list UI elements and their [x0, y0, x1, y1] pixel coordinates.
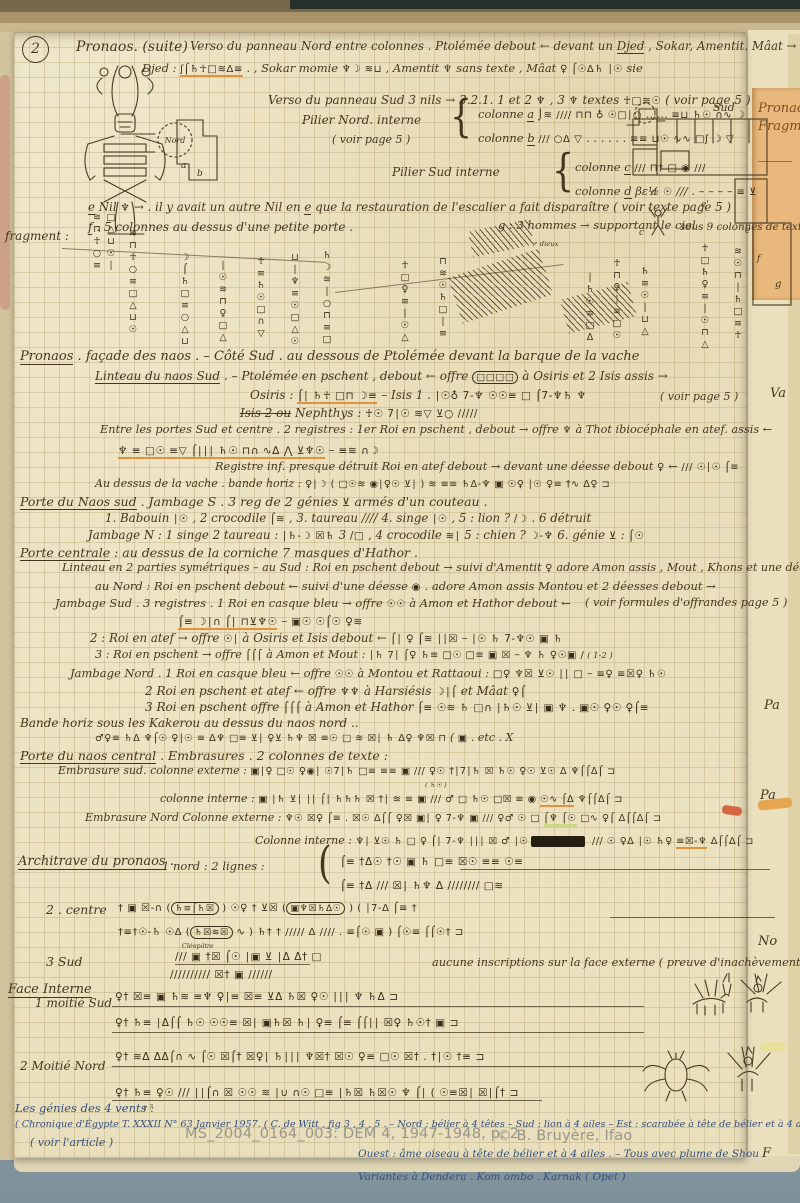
svg-text:b: b [197, 169, 203, 179]
handwritten-text: : au dessus de la corniche 7 masques d'H… [110, 545, 418, 560]
handwritten-text: Pronaos [20, 349, 73, 365]
manuscript-line: ♀† ☒≡ ▣ ♄≋ ≡♆ ♀∣≡ ☒≡ ⊻Δ ♄☒ ♀☉ ∣∣∣ ♆ ♄Δ ⊐ [115, 990, 398, 1004]
handwritten-text: colonne [478, 107, 527, 121]
hieroglyph-run: ♀† ♄≡ ♀☉ /// ∣∣⌠∩ ☒ ☉☉ ≋ ∣∪ ∩☉ □≡ ∣♄☒ ♄☒… [115, 1087, 519, 1099]
hieroglyph-run: ♀ [657, 462, 665, 473]
hieroglyph-run: ≡⊔ ♄☉ ∩∿ ☽ [671, 110, 745, 121]
hieroglyph-run: ⊻ [609, 530, 617, 542]
handwritten-text: – [458, 631, 471, 645]
manuscript-line: 3 Sud [46, 955, 83, 969]
hieroglyph-run: □∿ ♀⌠ Δ⌠⌠Δ⌠ ⊐ [577, 813, 662, 824]
hieroglyph-run: ▣∣♀ □☉ ♀◉∣ ☉7∣♄ □≡ ≡≡ ▣ /// ♀☉ †∣7∣♄ ☒ ♄… [250, 766, 615, 777]
handwritten-text: armés d'un couteau . [351, 494, 488, 509]
hieroglyph-run: ∣♄ 7∣ ⌠♀ ♄≡ □☉ □≡ ▣ ☒ [369, 650, 511, 661]
manuscript-line: Entre les portes Sud et centre . 2 regis… [100, 424, 772, 437]
hieroglyph-run: ⌠☉ [628, 530, 644, 542]
hieroglyph-run: ⌠≡ †Δ /// ☒∣ ♄♆ Δ //////// □≋ [340, 880, 504, 892]
handwritten-text: Linteau du naos Sud [95, 369, 220, 384]
handwritten-text: ( voir page 5 ) [660, 390, 738, 403]
hieroglyph-run: ⌠≋ [270, 513, 285, 525]
handwritten-text: Nephthys : [291, 406, 365, 420]
manuscript-line: ////////// ☒† ▣ ////// [170, 968, 273, 982]
handwritten-text: ( 1-2 ) [584, 650, 612, 660]
hieroglyph-run: ♀ ⌠☉Δ♄ ∣☉ [560, 64, 623, 75]
hieroglyph-run: ////////// ☒† ▣ ////// [170, 969, 273, 981]
inscription-rule [112, 1100, 542, 1101]
hieroglyph-run: ) ( ∣7-Δ ⌠≡ † [345, 903, 417, 914]
hieroglyph-run: ♆♆ [340, 686, 360, 698]
hieroglyph-run: ∣☉ [432, 513, 448, 525]
handwritten-text: colonne [575, 184, 624, 198]
hieroglyph-run: ♆ ≡ □☉ ≡▽ ⌠∣∣∣ ♄☉ ⊓∩ ∿Δ ⋀ ⊻♆☉ [118, 445, 325, 459]
handwritten-text: à Harsiésis [360, 684, 435, 698]
manuscript-line: { [552, 158, 574, 188]
handwritten-text: 3 Roi en pschent offre [145, 700, 283, 714]
hieroglyph-column: ☽⌠♄□≡○△⊔ [180, 252, 190, 348]
manuscript-line: Pilier Nord. interne [302, 114, 421, 127]
inscription-rule [112, 1032, 644, 1033]
manuscript-line: { [450, 104, 472, 134]
handwritten-text: Jambage N : 1 singe 2 taureau : [88, 528, 282, 542]
handwritten-text: 3 : Roi en pschent → offre [95, 648, 246, 661]
hieroglyph-column: ⊓≋☉♄□∣≡ [438, 256, 448, 340]
manuscript-line: Architrave du pronaos . [18, 855, 174, 869]
manuscript-line: ♂♀≡ ♄Δ ♆⌠☉ ♀∣☉ ≡ Δ♆ □≡ ⊻∣ ♀⊻ ♄♆ ☒ ≡☉ □ ≋… [95, 732, 513, 745]
hieroglyph-run: ♀† ☒≡ ▣ ♄≋ ≡♆ ♀∣≡ ☒≡ ⊻Δ ♄☒ ♀☉ ∣∣∣ ♆ ♄Δ ⊐ [115, 991, 398, 1003]
handwritten-text: Osiris : [250, 388, 297, 402]
manuscript-line: 3 : Roi en pschent → offre ⌠⌠⌠ à Amon et… [95, 649, 613, 662]
handwritten-text: – [583, 666, 596, 680]
handwritten-text: /// . – – – – [672, 184, 736, 198]
marbled-edge [0, 75, 10, 310]
manuscript-line: Osiris : ⌠∣ ♄☥ □⊓ ☽≡ – Isis 1 . ∣☉♁ 7-♆ … [250, 389, 587, 403]
book-cover-edge [290, 0, 800, 9]
handwritten-text: , Sokar, Amentit. Mâat → [644, 39, 796, 53]
handwritten-text: Jambage Nord . 1 Roi en casque bleu ← of… [70, 666, 335, 680]
handwritten-text: 2 . centre [46, 902, 107, 917]
handwritten-text: colonne interne : [160, 792, 258, 805]
handwritten-text: { [450, 100, 472, 137]
handwritten-text: 5 : chien ? [461, 528, 530, 542]
handwritten-text: – Isis 1 . [377, 388, 434, 402]
handwritten-text: Porte du naos central [20, 748, 156, 764]
cartouche: ▣♆☒♄Δ☉ [286, 902, 345, 915]
hieroglyph-run: ⌠⌠⌠ [246, 650, 263, 661]
hieroglyph-run: /// ☉ ♀Δ ∣☉ ♄♀ [588, 836, 676, 847]
manuscript-line: Porte centrale : au dessus de la cornich… [20, 546, 418, 560]
handwritten-text: , 5 : lion ? [448, 511, 514, 525]
handwritten-text: : [617, 528, 628, 542]
hieroglyph-run: ⌠⌠⌠ [283, 702, 301, 714]
handwritten-text: sie [623, 61, 643, 75]
hieroglyph-run: □♀ ♆☒ ⊻☉ ∣∣ □ [493, 669, 584, 680]
hieroglyph-run: † ▣ ☒-∩ ( [118, 903, 171, 914]
handwritten-text: sous 9 colonnes de texte [680, 221, 800, 233]
hieroglyph-run: /// ○Δ ▽ [538, 134, 582, 145]
handwritten-text: à Osiris et 2 Isis assis → [518, 369, 667, 383]
hieroglyph-run: ♆ [443, 64, 453, 75]
hieroglyph-run: ♆☽ ≋⊔ [342, 64, 382, 75]
hieroglyph-run: ∣☉ ♄ 7-♆☉ ▣ ♄ [471, 633, 563, 645]
hieroglyph-run: ≡♀ ≡☒♀ ♄☉ [596, 669, 666, 680]
hieroglyph-run: ⌠♆ ⌠☉ [544, 813, 577, 827]
hieroglyph-column: ∣☉≋⊓♀□△ [218, 260, 228, 344]
inscription-rule [112, 1006, 644, 1007]
handwritten-text: , 3 [546, 93, 569, 107]
hieroglyph-run: ☉∣ [223, 633, 239, 645]
handwritten-text: d [624, 184, 631, 199]
manuscript-line: † ▣ ☒-∩ (♄≡⌠♄☒ ) ☉♀ † ⊻☒ (▣♆☒♄Δ☉ ) ( ∣7-… [118, 901, 417, 914]
handwritten-text: fragment : [5, 229, 69, 243]
svg-text:g: g [775, 279, 781, 290]
manuscript-line: Jambage Sud . 3 registres . 1 Roi en cas… [55, 597, 571, 610]
svg-text:a: a [181, 161, 186, 171]
hieroglyph-run: ♆∣ ⊻☉ ♄ □ ♀ ⌠∣ 7-♆ ∣∣∣ ☒ ♂ ∣☉ [355, 836, 528, 847]
manuscript-line: ( Chronique d'Égypte T. XXXII N° 63 Janv… [15, 1120, 800, 1131]
handwritten-text: Porte centrale [20, 545, 110, 561]
manuscript-line: ♀† ♄≡ ∣Δ⌠⌠ ♄☉ ☉☉≡ ☒∣ ▣♄☒ ♄∣ ♀≡ ⌠≡ ⌠⌠∣∣ ☒… [115, 1016, 459, 1030]
handwritten-text: Verso du panneau Nord entre colonnes . P… [190, 39, 617, 53]
handwritten-text: 1 nord : 2 lignes : [162, 859, 265, 873]
cartouche: ♄☒≋☒ [190, 926, 232, 939]
handwritten-text: Pronaos. (suite) [76, 39, 188, 55]
hieroglyph-run: ▣☉ ☉⌠☉ ♀≋ [291, 616, 363, 628]
manuscript-line: Linteau en 2 parties symétriques – au Su… [62, 562, 800, 575]
hieroglyph-run: ⌠∣ ♀ ⌠≋ ∣∣☒ [391, 633, 458, 645]
margin-fragment: Pa [764, 698, 780, 713]
hieroglyph-run: ☽∣⌠ [435, 686, 457, 698]
manuscript-line: colonne b /// ○Δ ▽ . . . . . . ≡≡ ⊔☉ ∿∿ … [478, 132, 734, 145]
svg-text:f: f [756, 254, 762, 264]
handwritten-text: 3 Sud [46, 954, 83, 969]
handwritten-text: Au dessus de la vache . bande horiz : [95, 477, 305, 490]
handwritten-text: Les génies des 4 vents : [15, 1101, 154, 1115]
manuscript-line: ⌠≡ ☽∣∩ ⌠∣ ⊓⊻♆☉ – ▣☉ ☉⌠☉ ♀≋ [178, 615, 363, 629]
hieroglyph-run: ∣☉ [173, 513, 189, 525]
manuscript-line: colonne d βε½ ☉ /// . – – – – ≡ ⊻ [575, 185, 757, 198]
handwritten-text: à Thot ibiocéphale en atef. assis ← [572, 423, 772, 436]
manuscript-line: Embrasure sud. colonne externe : ▣∣♀ □☉ … [58, 765, 616, 778]
hieroglyph-run: ☉∿ ⌠Δ [540, 794, 574, 807]
manuscript-line: fragment : [5, 230, 69, 243]
handwritten-text: . etc . X [467, 731, 513, 744]
manuscript-line: Porte du Naos sud . Jambage S . 3 reg de… [20, 495, 488, 509]
hieroglyph-run: ♆ [536, 95, 546, 107]
handwritten-text: Embrasure sud. colonne externe : [58, 764, 250, 777]
manuscript-line: 3 Roi en pschent offre ⌠⌠⌠ à Amon et Hat… [145, 701, 649, 715]
handwritten-text: aucune inscriptions sur la face externe … [432, 956, 800, 969]
handwritten-text: – [511, 648, 524, 661]
handwritten-text: Variantes à Dendera . Kom ombo . Karnak … [358, 1171, 626, 1183]
hieroglyph-run: ⌠≡ ☉≋ ♄ □∩ ∣♄☉ ⊻∣ ▣ ♆ [417, 702, 567, 714]
handwritten-text: Pilier Sud interne [392, 165, 500, 179]
handwritten-text: textes [579, 93, 623, 107]
handwritten-text: Porte du Naos sud [20, 494, 137, 510]
inscription-rule [175, 964, 310, 965]
margin-fragment: Pa [760, 788, 776, 803]
hieroglyph-run: ≡ ⊻ [736, 187, 757, 198]
handwritten-text: ( ♄☉ ) [425, 781, 447, 789]
handwritten-text: . Embrasures . 2 colonnes de texte : [156, 748, 388, 763]
manuscript-line: 2 Roi en pschent et atef ← offre ♆♆ à Ha… [145, 685, 526, 699]
handwritten-text: Colonne interne : [255, 834, 355, 847]
manuscript-line: aucune inscriptions sur la face externe … [432, 957, 800, 969]
manuscript-line: 1 nord : 2 lignes : [162, 860, 265, 873]
hieroglyph-run: ♀† ♄≡ ∣Δ⌠⌠ ♄☉ ☉☉≡ ☒∣ ▣♄☒ ♄∣ ♀≡ ⌠≡ ⌠⌠∣∣ ☒… [115, 1017, 459, 1029]
manuscript-line: ( [318, 850, 332, 880]
manuscript-line: Ouest : âme oiseau à tête de bélier et à… [358, 1149, 759, 1161]
handwritten-text: sans texte , Mâat [453, 61, 560, 75]
hieroglyph-run: ▣☉ ♀☉ ♀⌠≡ [579, 702, 649, 714]
manuscript-line: 1. Babouin ∣☉ , 2 crocodile ⌠≋ , 3. taur… [105, 512, 591, 525]
manuscript-line: Variantes à Dendera . Kom ombo . Karnak … [358, 1172, 626, 1184]
inscription-rule [460, 869, 770, 870]
handwritten-text: , 2 crocodile [189, 511, 270, 525]
margin-fragment: Va [770, 386, 786, 401]
hieroglyph-run: ♂♀≡ ♄Δ ♆⌠☉ ♀∣☉ ≡ Δ♆ □≡ ⊻∣ ♀⊻ ♄♆ ☒ ≡☉ □ ≋… [95, 733, 446, 744]
handwritten-text: adore Amon assis , Mout , Khons et une d… [553, 561, 800, 574]
manuscript-line: Bande horiz sous les Kakerou au dessus d… [20, 717, 359, 730]
hieroglyph-run: ⌠≡ ☽∣∩ ⌠∣ ⊓⊻♆☉ [178, 616, 277, 630]
handwritten-text: βε½ [632, 184, 663, 198]
handwritten-text: → . il y avait un autre Nil en [130, 200, 304, 214]
cartouche: ♄≡⌠♄☒ [171, 902, 219, 915]
manuscript-line: ♀† ≋Δ ΔΔ⌠∩ ∿ ⌠☉ ☒⌠† ☒♀∣ ♄∣∣∣ ♆☒† ☒☉ ♀≡ □… [115, 1050, 485, 1064]
handwritten-text: colonne [478, 131, 527, 145]
manuscript-line: ♀† ♄≡ ♀☉ /// ∣∣⌠∩ ☒ ☉☉ ≋ ∣∪ ∩☉ □≡ ∣♄☒ ♄☒… [115, 1086, 519, 1100]
handwritten-text: Entre les portes Sud et centre . 2 regis… [100, 423, 562, 436]
hieroglyph-run: /□ [350, 530, 364, 542]
handwritten-text: . . . . . . [582, 131, 630, 145]
handwritten-text: Bande horiz sous les Kakerou au dessus d… [20, 716, 359, 730]
manuscript-line: Les génies des 4 vents : [15, 1102, 154, 1115]
margin-fragment: No [758, 934, 777, 949]
manuscript-line: 2 Moitié Nord [20, 1060, 106, 1073]
manuscript-line: Pronaos. (suite) [76, 40, 188, 55]
handwritten-text: ( Chronique d'Égypte T. XXXII N° 63 Janv… [15, 1119, 800, 1130]
hieroglyph-column: ☥□♄♀≡∣☉⊓△ [700, 243, 710, 351]
hieroglyph-run: ☉☉ [335, 669, 354, 680]
manuscript-line: 1 moitié Sud [35, 997, 112, 1010]
handwritten-text: . , Sokar momie [243, 61, 342, 75]
manuscript-line: ( voir page 5 ) [660, 391, 738, 403]
manuscript-line: Registre inf. presque détruit Roi en ate… [215, 461, 739, 474]
hieroglyph-run: ☥□≋☉ [623, 95, 661, 107]
plan-nord-drawing: Nord a b [115, 112, 265, 190]
handwritten-text: . façade des naos . – Côté Sud . au dess… [73, 349, 639, 364]
hieroglyph-run: ♆☉ ☒♀ ⌠≡ . ☒☉ Δ⌠⌠ ♀☒ ▣∣ ♀ 7-♆ ▣ /// ♀♂ ☉… [285, 813, 544, 824]
hieroglyph-run: ☽-♆ [530, 530, 554, 542]
hieroglyph-run: ☥☉ 7∣☉ ≋▽ ⊻○ ///// [365, 408, 478, 420]
handwritten-text: Verso du panneau Sud 3 nils → 3.2.1. 1 e… [268, 93, 536, 107]
handwritten-text: . 6 détruit [528, 511, 592, 525]
manuscript-line: e Nil ♆ → . il y avait un autre Nil en e… [88, 201, 731, 214]
handwritten-text: ( voir page 5 ) [661, 93, 750, 107]
hieroglyph-run: †≡†☉-♄ ☉Δ ( [118, 927, 190, 938]
scanned-notebook-page: { "page":{ "number":"2", "watermark_id":… [0, 0, 800, 1203]
handwritten-text: ( voir l'article ) [30, 1136, 113, 1149]
hieroglyph-run: ♀∣☽ ( □☉≋ ◉∣♀☉ ⊻∣ ) ≋ ≡≡ ♄Δ-♆ ▣ ☉♀ ∣☉ ♀≡… [305, 479, 610, 490]
handwritten-text: Registre inf. presque détruit Roi en ate… [215, 460, 657, 473]
manuscript-line: Au dessus de la vache . bande horiz : ♀∣… [95, 478, 610, 491]
manuscript-line: colonne interne : ▣ ∣♄ ⊻∣ ∣∣ ⌠∣ ♄♄♄ ☒ †∣… [160, 793, 623, 806]
hieroglyph-run: Δ⌠⌠Δ⌠ ⊐ [707, 836, 754, 847]
manuscript-line: colonne a ⌡≋ //// ⊓⊓ ♁ ☉□∣○ ...... ≡⊔ ♄☉… [478, 108, 745, 121]
handwritten-text: 1. Babouin [105, 511, 173, 525]
handwritten-text: . Jambage S . 3 reg de 2 génies [137, 494, 342, 509]
handwritten-text: à Amon et Hathor [301, 700, 417, 714]
manuscript-line: ⌠≡ †Δ☉ †☉ ▣ ♄ □≡ ☒☉ ≡≡ ☉≡ [340, 855, 523, 869]
handwritten-text: et Mâat [457, 684, 512, 698]
handwritten-text: à Osiris et Isis debout ← [239, 631, 391, 645]
handwritten-text: ...... [642, 107, 671, 121]
manuscript-line: ( voir formules d'offrandes page 5 ) [585, 597, 787, 609]
hieroglyph-run: ▣ [458, 733, 468, 744]
svg-text:Nord: Nord [164, 136, 186, 145]
hieroglyph-run: ♀ [545, 563, 553, 574]
ink-blackout [531, 836, 585, 847]
hieroglyph-run: /// ▣ †☒ ⌠☉ ∣▣ ⊻ ∣Δ Δ† □ [175, 951, 322, 963]
winged-genies-drawing-2 [638, 1035, 778, 1107]
handwritten-text: ( voir page 5 ) [332, 133, 410, 146]
hieroglyph-run: ∣☉♁ 7-♆ ☉☉≡ □ ⌠7-♆♄ ♆ [435, 390, 587, 402]
manuscript-line: ♆ ≡ □☉ ≡▽ ⌠∣∣∣ ♄☉ ⊓∩ ∿Δ ⋀ ⊻♆☉ – ≡≋ ∩☽ [118, 444, 379, 458]
manuscript-line: Linteau du naos Sud . – Ptolémée en psch… [95, 370, 668, 384]
inscription-rule [112, 1066, 644, 1067]
hieroglyph-run: ⌡≋ //// ⊓⊓ ♁ ☉□∣○ [538, 110, 642, 121]
manuscript-line: Jambage Nord . 1 Roi en casque bleu ← of… [70, 667, 666, 680]
handwritten-text: Ouest : âme oiseau à tête de bélier et à… [358, 1148, 759, 1160]
margin-fragment: F [762, 1146, 771, 1161]
hieroglyph-run: ♀⌠ [512, 686, 526, 698]
color-mark [760, 1042, 786, 1051]
handwritten-text: à Amon et Hathor debout ← [406, 596, 571, 610]
handwritten-text: ← [665, 460, 682, 473]
hieroglyph-run: ) ☉♀ † ⊻☒ ( [219, 903, 287, 914]
manuscript-line: 2 . centre [46, 903, 107, 917]
manuscript-line: Djed : ʃ⌠♄☥□≋Δ≡ . , Sokar momie ♆☽ ≋⊔ , … [142, 62, 643, 75]
cartouche: □□□□ [472, 371, 518, 384]
hieroglyph-run: ▣ ∣♄ ⊻∣ ∣∣ ⌠∣ ♄♄♄ ☒ †∣ ≋ ≡ ▣ /// ♂ □ ♄☉ … [258, 794, 540, 805]
manuscript-line: ⌠≡ †Δ /// ☒∣ ♄♆ Δ //////// □≋ [340, 879, 504, 893]
handwritten-text: au Nord : Roi en pschent debout ← suivi … [95, 579, 412, 593]
hieroglyph-run: /☽ [514, 513, 528, 525]
handwritten-text: ↗ dieux [532, 240, 558, 248]
hieroglyph-run: ∿ ) ♄† † ///// Δ //// . ≡⌠☉ ▣ ) ⌠☉≡ ⌠⌠☉†… [233, 927, 464, 938]
hieroglyph-column: ♄≡☉∣⊔△ [640, 266, 650, 338]
manuscript-line: Pronaos . façade des naos . – Côté Sud .… [20, 350, 639, 364]
hieroglyph-run: ʃ⌠♄☥□≋Δ≡ [180, 64, 243, 77]
handwritten-text: 3 [335, 528, 350, 542]
hieroglyph-column: ⊔∣♆≡☉□△☉ [290, 252, 300, 348]
handwritten-text: Isis 2 ou [240, 406, 291, 420]
handwritten-text: que la restauration de l'escalier a fait… [311, 200, 731, 214]
handwritten-text: , Amentit [382, 61, 443, 75]
manuscript-line: Verso du panneau Nord entre colonnes . P… [190, 40, 796, 53]
handwritten-text: à Montou et Rattaoui : [354, 666, 493, 680]
hieroglyph-run: ⌠≡ †Δ☉ †☉ ▣ ♄ □≡ ☒☉ ≡≡ ☉≡ [340, 856, 523, 868]
handwritten-text: ( [446, 731, 457, 744]
hieroglyph-run: /// ⊓† □ ◉ /// [634, 163, 706, 174]
manuscript-line: Embrasure Nord Colonne externe : ♆☉ ☒♀ ⌠… [85, 812, 662, 825]
hieroglyph-column: ☥□♀≡∣☉△ [400, 260, 410, 344]
hieroglyph-run: ≡≡ ⊔☉ ∿∿ □ʃ ☽ ▽ [630, 134, 734, 145]
handwritten-text: . adore Amon assis Montou et 2 déesses d… [421, 579, 716, 593]
manuscript-line: ( voir l'article ) [30, 1137, 113, 1149]
hieroglyph-column: ≋☉⊓∣♄□≡☥ [733, 246, 743, 342]
hieroglyph-column: ≋⊓☥○≡ [92, 212, 102, 272]
manuscript-line: Jambage N : 1 singe 2 taureau : ∣♄-☽ ☒♄ … [88, 529, 644, 542]
handwritten-text: Pilier Nord. interne [302, 113, 421, 127]
handwritten-text: à Amon et Mout : [263, 648, 369, 661]
manuscript-line: au Nord : Roi en pschent debout ← suivi … [95, 580, 716, 593]
page-number: 2 [22, 36, 49, 63]
handwritten-text: . – Ptolémée en pschent , debout ← offre [220, 369, 472, 383]
handwritten-text: { [552, 154, 574, 191]
manuscript-line: Pilier Sud interne [392, 166, 500, 179]
manuscript-line: sous 9 colonnes de texte [680, 222, 800, 233]
hieroglyph-run: ♆ [120, 202, 130, 214]
hieroglyph-run: ∣♄-☽ ☒♄ [282, 530, 335, 542]
manuscript-line: /// ▣ †☒ ⌠☉ ∣▣ ⊻ ∣Δ Δ† □ [175, 950, 322, 964]
handwritten-text: Linteau en 2 parties symétriques – au Su… [62, 561, 545, 574]
handwritten-text: b [527, 131, 534, 146]
handwritten-text: . [568, 700, 579, 714]
hieroglyph-run: ♆⌠⌠Δ⌠ ⊐ [574, 794, 623, 805]
handwritten-text: Djed [617, 39, 645, 54]
hieroglyph-run: ⊻ [342, 496, 351, 509]
hieroglyph-run: ♆ [562, 425, 571, 436]
handwritten-text: Cléopâtre [182, 942, 214, 950]
manuscript-line: †≡†☉-♄ ☉Δ (♄☒≋☒ ∿ ) ♄† † ///// Δ //// . … [118, 925, 464, 938]
handwritten-text: – [325, 443, 339, 457]
handwritten-text: – [277, 614, 291, 628]
handwritten-text: colonne [575, 160, 624, 174]
handwritten-text: Djed : [142, 61, 180, 75]
manuscript-line: ( voir page 5 ) [332, 134, 410, 146]
manuscript-line: Porte du naos central . Embrasures . 2 c… [20, 749, 388, 763]
hieroglyph-column: ♄☽≋∣○⊓≡□ [322, 250, 332, 346]
hieroglyph-run: ≋∣ [446, 530, 461, 542]
winged-genies-drawing-1 [685, 966, 790, 1018]
hieroglyph-run: ⌠∣ ♄☥ □⊓ ☽≡ [297, 390, 377, 404]
handwritten-text: 2 Moitié Nord [20, 1059, 106, 1073]
hieroglyph-run: ♀† ≋Δ ΔΔ⌠∩ ∿ ⌠☉ ☒⌠† ☒♀∣ ♄∣∣∣ ♆☒† ☒☉ ♀≡ □… [115, 1051, 485, 1063]
manuscript-line: 2 : Roi en atef → offre ☉∣ à Osiris et I… [90, 632, 563, 645]
handwritten-text: ( [318, 846, 332, 883]
handwritten-text: 6. génie [553, 528, 608, 542]
hieroglyph-column: ≋⊓☥○≡□△⊔☉ [128, 228, 138, 336]
handwritten-text: , 3. taureau //// 4. singe [285, 511, 432, 525]
hieroglyph-run: ≡≋ ∩☽ [338, 445, 379, 457]
handwritten-text: , 4 crocodile [364, 528, 445, 542]
hieroglyph-run: ♆ ♄ ♀☉▣ / [524, 650, 585, 661]
handwritten-text: 2 : Roi en atef → offre [90, 631, 223, 645]
hieroglyph-run: ◉ [412, 582, 421, 593]
manuscript-line: colonne c /// ⊓† □ ◉ /// [575, 161, 706, 174]
hieroglyph-column: □△⊔☉∣ [106, 212, 116, 272]
handwritten-text: 2 Roi en pschent et atef ← offre [145, 684, 340, 698]
hieroglyph-run: ≡☒-♆ [676, 836, 707, 849]
handwritten-text: Architrave du pronaos [18, 854, 166, 870]
hieroglyph-column: ☥≡♄☉□∩▽ [256, 256, 266, 340]
handwritten-text: Jambage Sud . 3 registres . 1 Roi en cas… [55, 596, 386, 610]
manuscript-line: Isis 2 ou Nephthys : ☥☉ 7∣☉ ≋▽ ⊻○ ///// [240, 407, 478, 421]
hieroglyph-run: /// ☉∣☉ ⌠≡ [681, 462, 739, 473]
hieroglyph-run: ♆ [569, 95, 579, 107]
manuscript-line: Verso du panneau Sud 3 nils → 3.2.1. 1 e… [268, 94, 751, 108]
handwritten-text: c [624, 160, 630, 175]
